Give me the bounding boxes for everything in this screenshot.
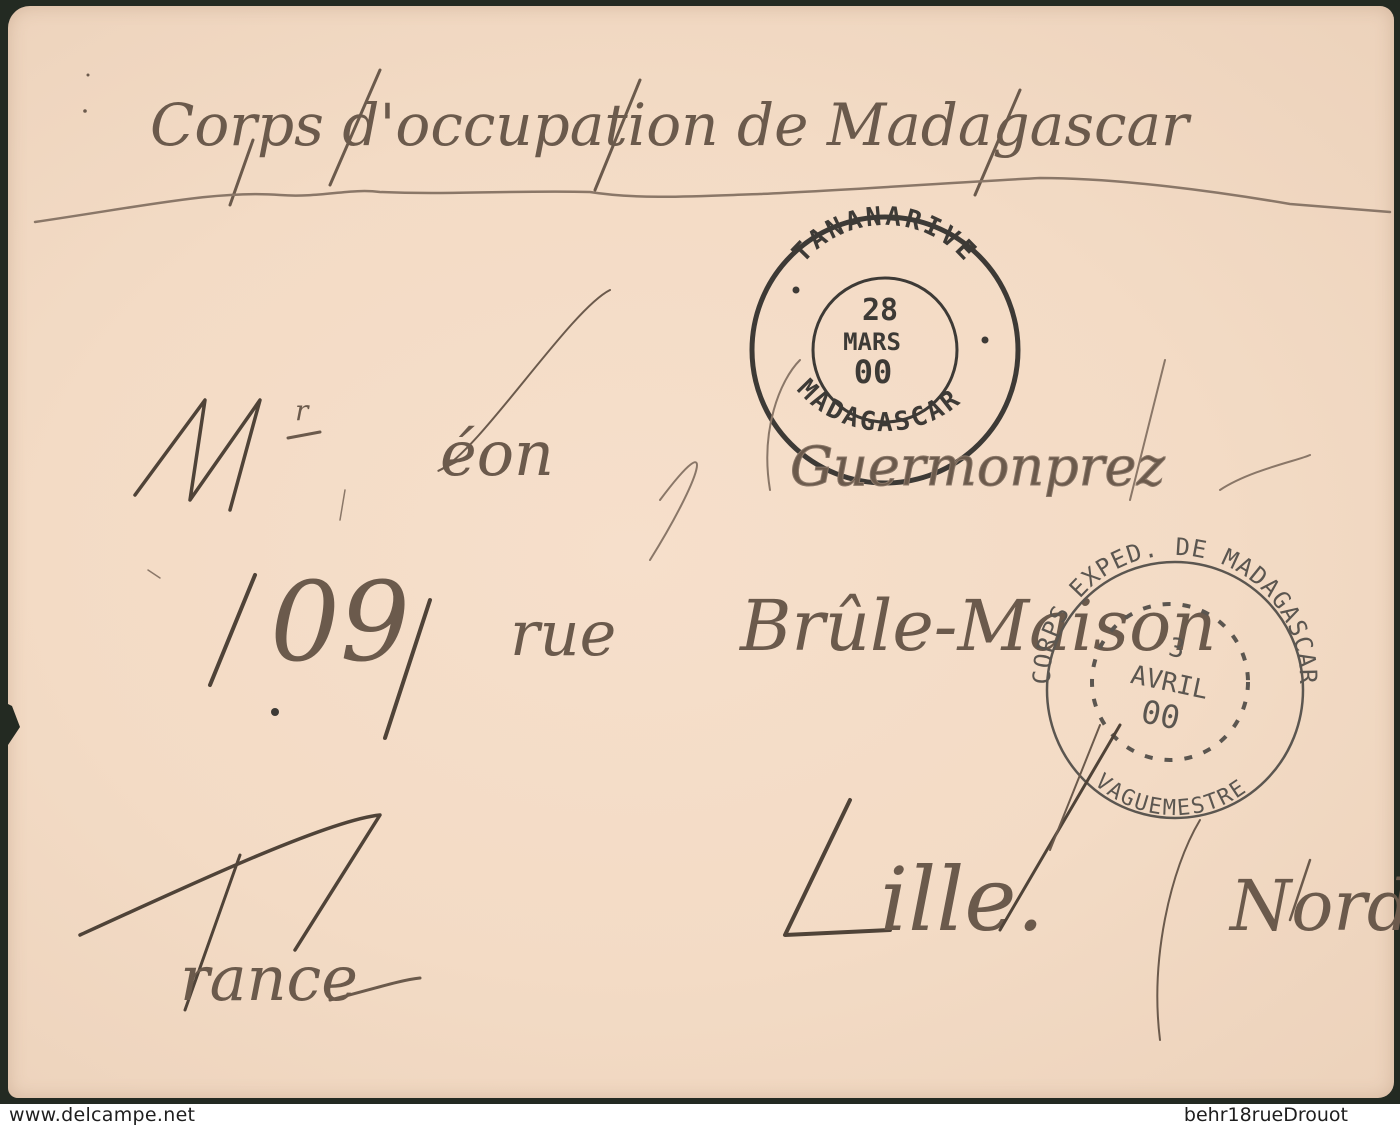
country-handwriting: rance [80,815,420,1015]
svg-text:VAGUEMESTRE: VAGUEMESTRE [1090,769,1252,821]
svg-text:r: r [295,394,310,427]
svg-text:Nord: Nord [1228,865,1400,947]
header-handwriting: Corps d'occupation de Madagascar [35,70,1390,222]
svg-text:28: 28 [862,293,898,328]
envelope-markings: Corps d'occupation de Madagascar TANANAR… [0,0,1400,1104]
svg-text:rance: rance [180,942,358,1015]
svg-text:Corps d'occupation de Madagasc: Corps d'occupation de Madagascar [150,91,1192,159]
svg-text:00: 00 [1138,692,1184,737]
watermark-right: behr18rueDrouot [1184,1104,1348,1126]
watermark-left: www.delcampe.net [9,1104,195,1126]
city-handwriting: Lille ille. (Nord) Nord [785,725,1400,1040]
svg-text:ille.: ille. [880,848,1044,951]
svg-text:Brûle-Maison: Brûle-Maison [738,585,1216,667]
scan-background: Corps d'occupation de Madagascar TANANAR… [0,0,1400,1104]
postmark-corps-expeditionnaire: CORPS EXPED. DE MADAGASCAR VAGUEMESTRE 3… [1028,533,1322,822]
svg-text:09: 09 [270,558,410,686]
svg-text:rue: rue [510,597,616,670]
svg-text:MARS: MARS [843,328,901,356]
svg-text:Guermonprez: Guermonprez [790,435,1166,498]
recipient-handwriting: r Mr Léon Guermonprez éon Guermonprez [135,290,1310,510]
svg-text:TANANARIVE: TANANARIVE [787,202,984,269]
watermark-footer: www.delcampe.net behr18rueDrouot [0,1104,1400,1131]
svg-text:00: 00 [854,353,893,391]
svg-text:éon: éon [440,417,554,490]
